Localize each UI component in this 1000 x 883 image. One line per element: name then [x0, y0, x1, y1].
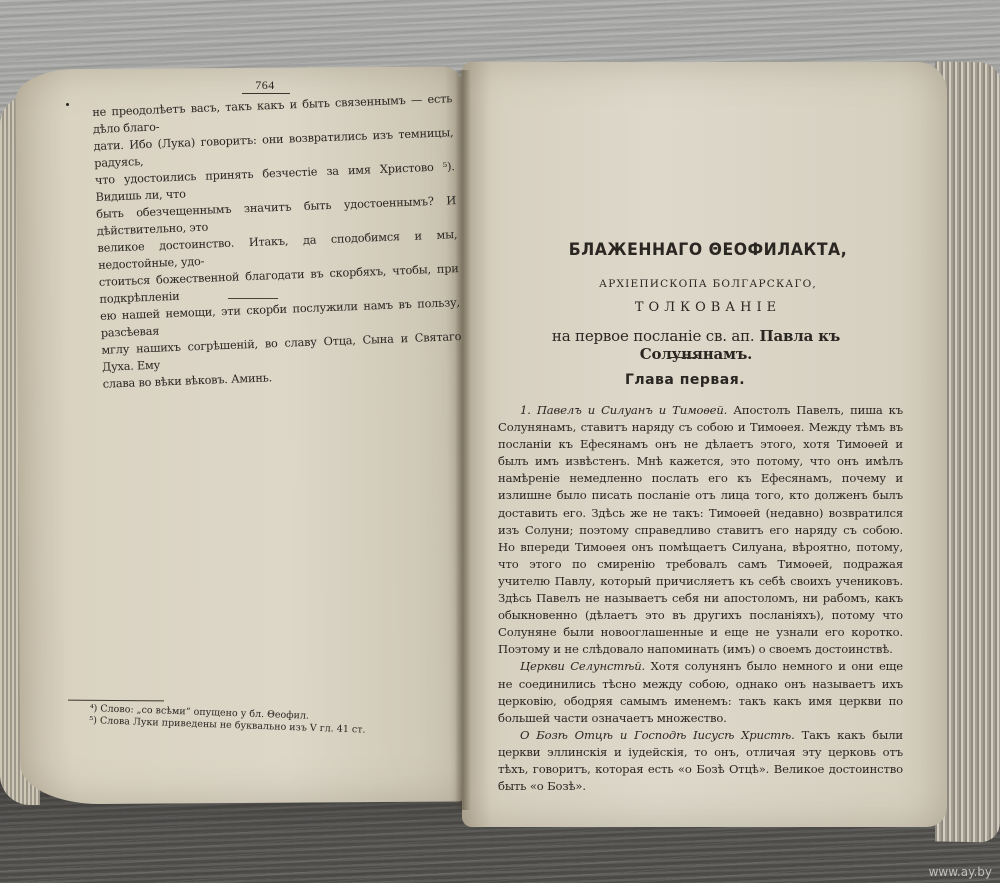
watermark: www.ay.by: [929, 865, 992, 879]
ink-dot: [66, 103, 69, 106]
paragraph: Церкви Селунстѣй. Хотя солунянъ было нем…: [498, 658, 903, 726]
page-number: 764: [240, 78, 290, 93]
author-subtitle: АРХІЕПИСКОПА БОЛГАРСКАГО,: [563, 278, 853, 290]
commentary-heading: ТОЛКОВАНІЕ: [563, 300, 853, 315]
paragraph: О Бозѣ Отцѣ и Господѣ Іисусѣ Христѣ. Так…: [498, 727, 903, 795]
verse-lead: 1. Павелъ и Силуанъ и Тимоѳей.: [520, 403, 727, 417]
left-page-body: не преодолѣетъ васъ, такъ какъ и быть св…: [92, 90, 463, 393]
verse-lead: О Бозѣ Отцѣ и Господѣ Іисусѣ Христѣ.: [520, 728, 795, 742]
section-end-rule: [228, 298, 278, 299]
verse-lead: Церкви Селунстѣй.: [520, 659, 645, 673]
right-page-body: 1. Павелъ и Силуанъ и Тимоѳей. Апостолъ …: [498, 402, 903, 795]
title-divider: [668, 357, 698, 358]
paragraph-text: Апостолъ Павелъ, пиша къ Солунянамъ, ста…: [498, 403, 903, 656]
subject-prefix: на первое посланіе св. ап.: [552, 327, 755, 345]
work-title: БЛАЖЕННАГО ΘЕОФИЛАКТА,: [556, 240, 860, 260]
chapter-heading: Глава первая.: [620, 372, 750, 388]
book-gutter: [455, 70, 471, 810]
page-number-underline: [242, 93, 290, 94]
paragraph: 1. Павелъ и Силуанъ и Тимоѳей. Апостолъ …: [498, 402, 903, 658]
